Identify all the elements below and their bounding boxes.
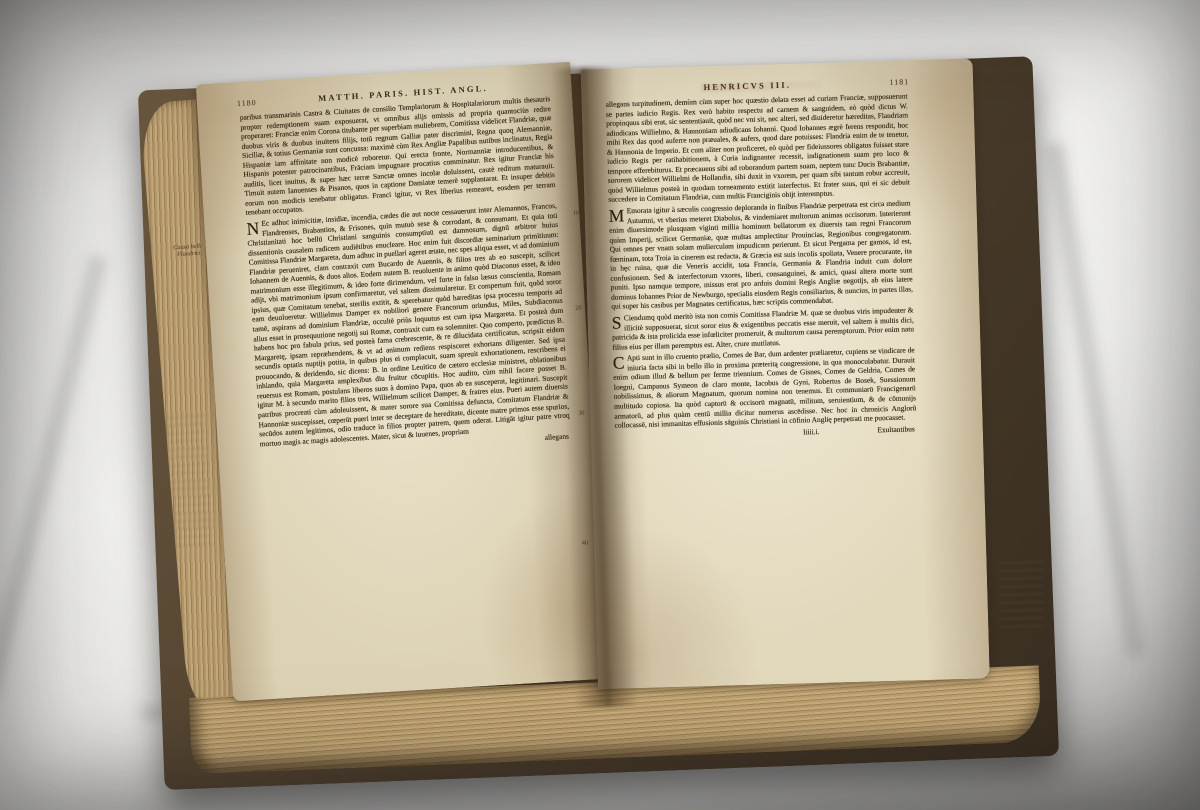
drop-cap-initial: N: [246, 219, 262, 237]
right-page-header: HENRICVS III. 1181: [581, 75, 973, 96]
right-text-column: allegans turpitudinem, demùm cùm super h…: [606, 91, 917, 441]
left-text-column: paribus transmarinis Castra & Ciuitates …: [240, 94, 572, 460]
paragraph: SCiendumq quòd meritò ista non comis Com…: [611, 305, 914, 352]
cloth-fold: [0, 254, 111, 707]
catchword: Exultantibus: [877, 424, 915, 435]
open-book: 1180 MATTH. PARIS. HIST. ANGL. paribus t…: [106, 11, 1044, 785]
paragraph: paribus transmarinis Castra & Ciuitates …: [240, 94, 557, 218]
margin-note: Occisi & capti in prędicto prælio.: [994, 480, 1046, 496]
right-page: HENRICVS III. 1181 allegans turpitudinem…: [581, 59, 990, 690]
margin-note: Causa belli Flandrici.: [149, 243, 202, 261]
right-page-number: 1181: [889, 77, 909, 87]
paragraph-text: Ec adhuc inimicitiæ, insidiæ, incendia, …: [247, 201, 570, 448]
paragraph-text: allegans turpitudinem, demùm cùm super h…: [606, 91, 911, 204]
paragraph: MEmorata igitur à sæculis congressio dep…: [608, 198, 913, 311]
paragraph: CApti sunt in illo cruento prælio, Comes…: [613, 346, 917, 431]
margin-note: Impudicitia & crudelitas Comitissæ M.: [992, 409, 1045, 433]
paragraph-text: Emorata igitur à sæculis congressio depl…: [609, 198, 913, 311]
margin-note: Maxima clades Comitissæ Flandriæ M.: [988, 243, 1041, 267]
paragraph-text: Ciendumq quòd meritò ista non comis Comi…: [612, 305, 914, 351]
paragraph-text: Apti sunt in illo cruento prælio, Comes …: [613, 346, 916, 430]
paragraph: allegans turpitudinem, demùm cùm super h…: [606, 91, 911, 204]
paragraph: NEc adhuc inimicitiæ, insidiæ, incendia,…: [246, 201, 570, 449]
paragraph-text: paribus transmarinis Castra & Ciuitates …: [240, 94, 556, 217]
left-page-number: 1180: [237, 98, 257, 108]
gathering-signature: Iiiii.i.: [803, 427, 820, 437]
photograph-of-open-book: 1180 MATTH. PARIS. HIST. ANGL. paribus t…: [0, 0, 1200, 810]
left-page: 1180 MATTH. PARIS. HIST. ANGL. paribus t…: [196, 62, 608, 702]
